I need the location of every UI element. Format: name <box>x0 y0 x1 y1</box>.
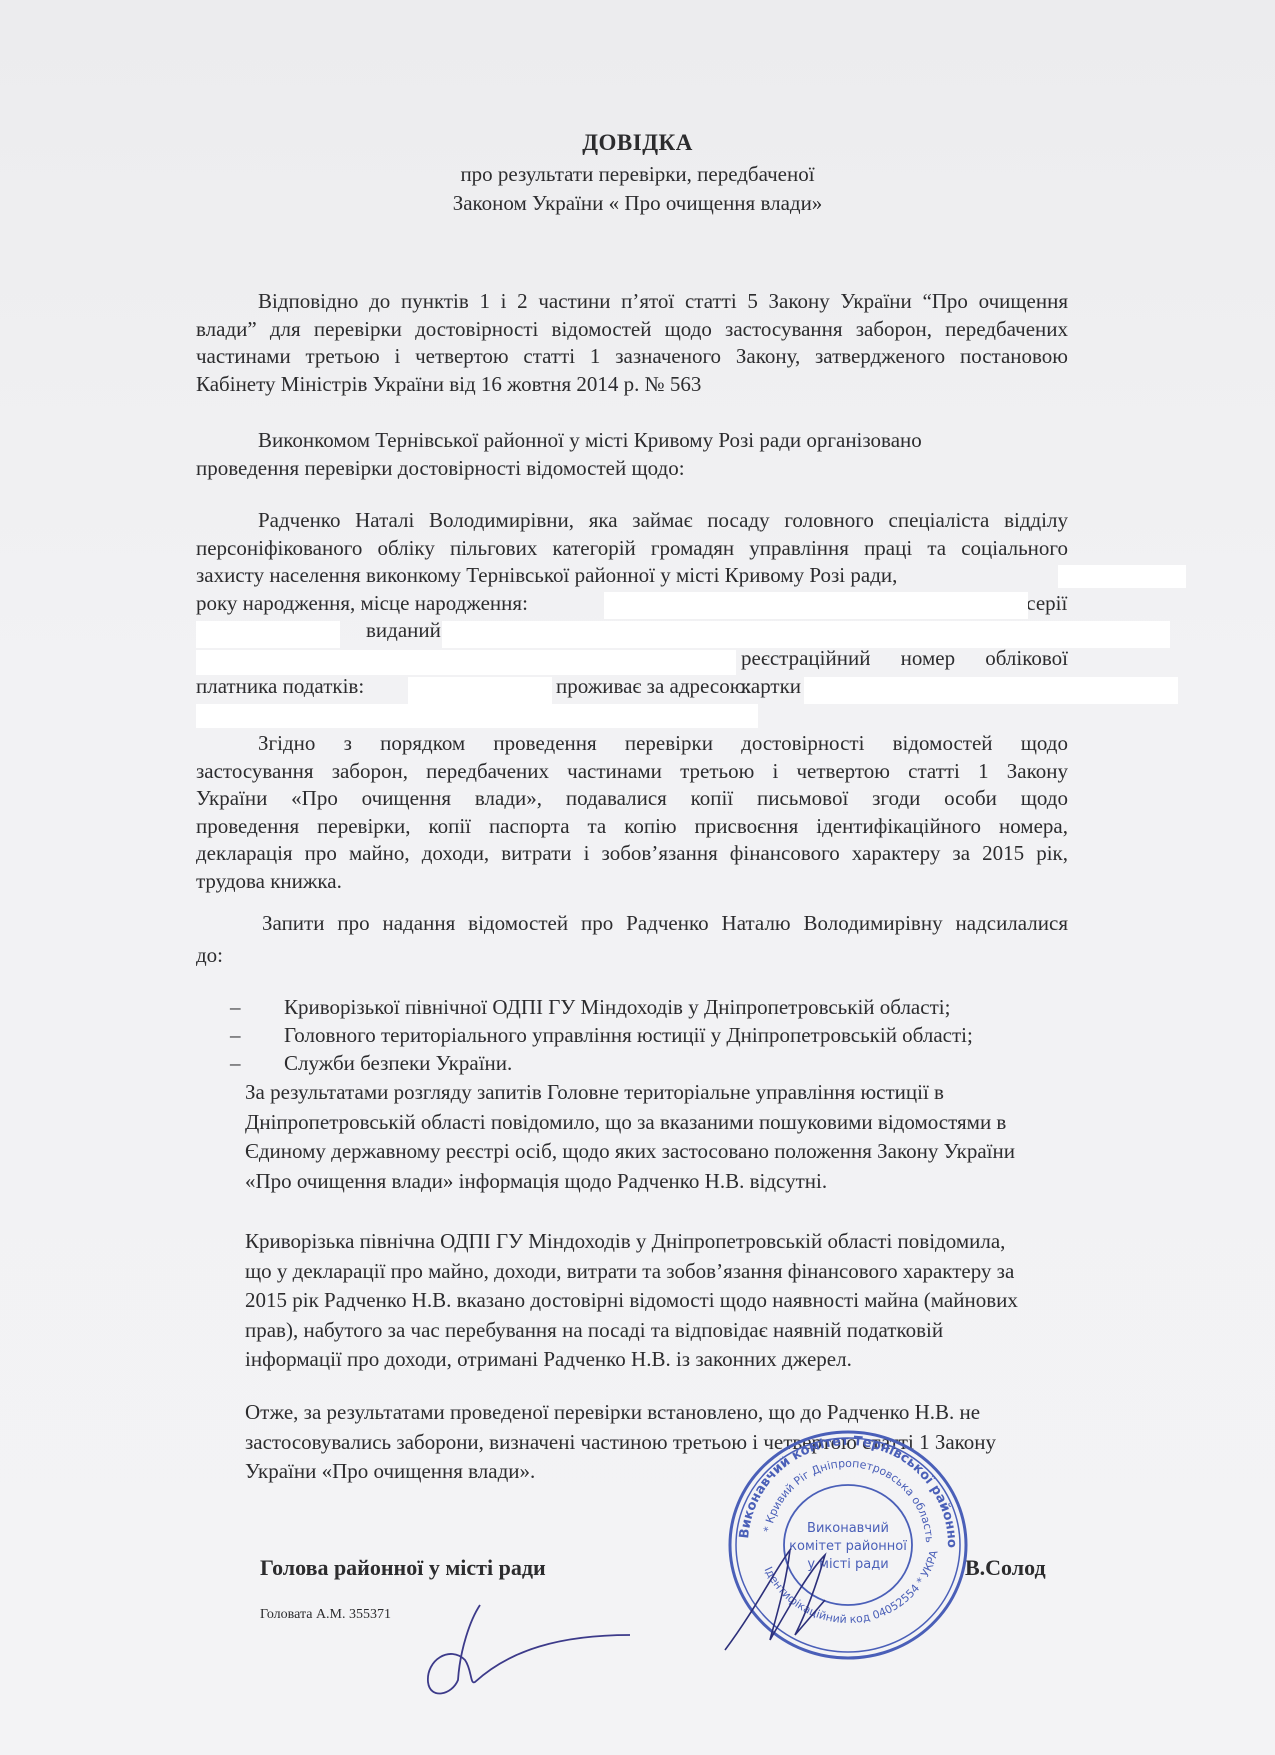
text-line: проведення перевірки достовірності відом… <box>196 455 1068 483</box>
text-line-address: проживає за адресою: <box>556 673 751 701</box>
signatory-position: Голова районної у місті ради <box>260 1555 546 1581</box>
text-line: що у декларації про майно, доходи, витра… <box>245 1257 1080 1287</box>
redaction-passport-issuer-cont <box>196 650 736 675</box>
paragraph-organized-check: Виконкомом Тернівської районної у місті … <box>196 427 1068 482</box>
executor-signature-icon <box>390 1600 640 1700</box>
redaction-address-cont <box>196 704 758 728</box>
text-line: прав), набутого за час перебування на по… <box>245 1316 1080 1346</box>
text-line: частинами третьою і четвертою статті 1 з… <box>196 343 1068 371</box>
text-line-taxpayer: платника податків: <box>196 673 364 701</box>
paragraph-tax-result: Криворізька північна ОДПІ ГУ Міндоходів … <box>245 1227 1080 1375</box>
text-line: влади” для перевірки достовірності відом… <box>196 316 1068 344</box>
paragraph-requests: Запити про надання відомостей про Радчен… <box>196 910 1068 969</box>
recipients-list: – Криворізької північної ОДПІ ГУ Міндохо… <box>230 995 1090 1079</box>
document-title: ДОВІДКА <box>0 130 1275 156</box>
recipient-label: Головного територіального управління юст… <box>284 1023 973 1047</box>
document-subtitle-line2: Законом України « Про очищення влади» <box>0 191 1275 216</box>
dash-bullet: – <box>230 1023 241 1048</box>
paragraph-procedure: Згідно з порядком проведення перевірки д… <box>196 730 1068 895</box>
list-item: – Служби безпеки України. <box>230 1051 1090 1079</box>
text-line: Згідно з порядком проведення перевірки д… <box>196 730 1068 758</box>
redaction-tax-number <box>408 677 552 704</box>
text-line: Кабінету Міністрів України від 16 жовтня… <box>196 371 1068 399</box>
text-line-birthplace: року народження, місце народження: <box>196 590 528 618</box>
text-line: Дніпропетровській області повідомило, що… <box>245 1108 1080 1138</box>
text-line: інформації про доходи, отримані Радченко… <box>245 1345 1080 1375</box>
text-line: За результатами розгляду запитів Головне… <box>245 1078 1080 1108</box>
text-line: «Про очищення влади» інформація щодо Рад… <box>245 1167 1080 1197</box>
text-line: Виконкомом Тернівської районної у місті … <box>196 427 1068 455</box>
text-line: Відповідно до пунктів 1 і 2 частини п’ят… <box>196 288 1068 316</box>
text-line-issued: виданий <box>366 617 441 645</box>
redaction-passport-series <box>196 621 340 648</box>
paragraph-subject-person: Радченко Наталі Володимирівни, яка займа… <box>196 507 1068 590</box>
redaction-birthplace <box>604 592 1028 619</box>
list-item: – Криворізької північної ОДПІ ГУ Міндохо… <box>230 995 1090 1023</box>
text-line: Криворізька північна ОДПІ ГУ Міндоходів … <box>245 1227 1080 1257</box>
redaction-passport-issuer <box>442 621 1170 648</box>
document-subtitle-line1: про результати перевірки, передбаченої <box>0 162 1275 187</box>
director-signature-icon <box>715 1510 865 1660</box>
text-line: Єдиному державному реєстрі осіб, щодо як… <box>245 1137 1080 1167</box>
recipient-label: Криворізької північної ОДПІ ГУ Міндоході… <box>284 995 950 1019</box>
text-line: України «Про очищення влади», подавалися… <box>196 785 1068 813</box>
paragraph-legal-basis: Відповідно до пунктів 1 і 2 частини п’ят… <box>196 288 1068 398</box>
text-line: застосування заборон, передбачених части… <box>196 758 1068 786</box>
text-line: проведення перевірки, копії паспорта та … <box>196 813 1068 841</box>
redaction-address <box>804 677 1178 704</box>
text-line: 2015 рік Радченко Н.В. вказано достовірн… <box>245 1286 1080 1316</box>
dash-bullet: – <box>230 1051 241 1076</box>
text-line: Запити про надання відомостей про Радчен… <box>196 910 1068 938</box>
redaction-birth-date <box>1058 565 1186 588</box>
text-line: до: <box>196 942 1068 970</box>
list-item: – Головного територіального управління ю… <box>230 1023 1090 1051</box>
executor-contact: Головата А.М. 355371 <box>260 1607 391 1623</box>
text-line: трудова книжка. <box>196 868 1068 896</box>
dash-bullet: – <box>230 995 241 1020</box>
text-line: захисту населення виконкому Тернівської … <box>196 562 1068 590</box>
recipient-label: Служби безпеки України. <box>284 1051 512 1075</box>
paragraph-justice-result: За результатами розгляду запитів Головне… <box>245 1078 1080 1196</box>
text-line: персоніфікованого обліку пільгових катег… <box>196 535 1068 563</box>
document-page: ДОВІДКА про результати перевірки, передб… <box>0 0 1275 1755</box>
text-line: декларація про майно, доходи, витрати і … <box>196 840 1068 868</box>
text-line: Радченко Наталі Володимирівни, яка займа… <box>196 507 1068 535</box>
